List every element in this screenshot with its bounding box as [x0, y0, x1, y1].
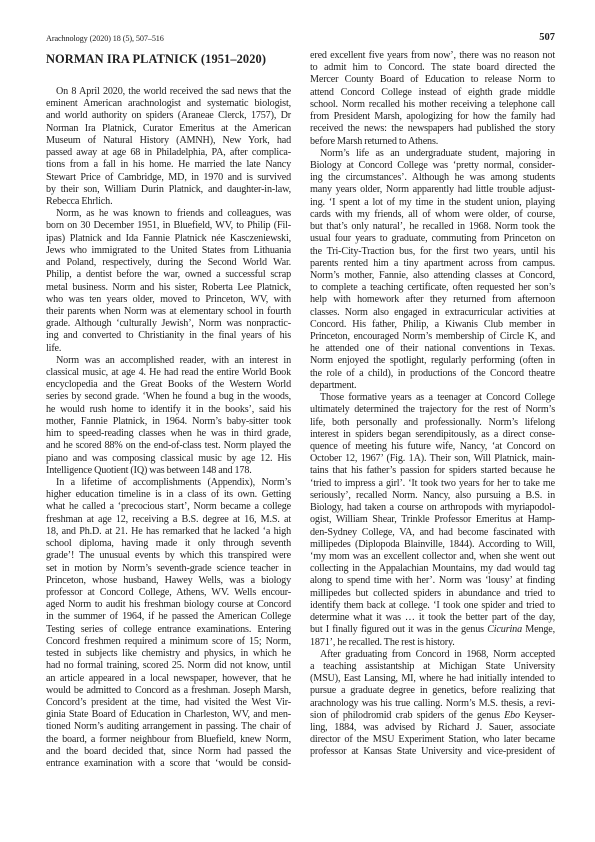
body-text-line: before Marsh returned to Athens. [310, 136, 555, 148]
body-text-line: On 8 April 2020, the world received the … [46, 86, 291, 98]
body-text-line: Mercer County Board of Education to rele… [310, 74, 555, 86]
body-text-line: usual four years to graduate, commuting … [310, 233, 555, 245]
body-text-line: classical music, at age 4. He had read t… [46, 367, 291, 379]
body-text-line: tioned Norm’s auditing arrangement in pa… [46, 721, 291, 733]
body-text-line: arachnology was his true calling. Norm’s… [310, 698, 555, 710]
body-text-line: parents rented him a tiny apartment acro… [310, 258, 555, 270]
body-text-line: Concord’s president at the time, had vis… [46, 697, 291, 709]
body-text-line: Those formative years as a teenager at C… [310, 392, 555, 404]
body-text-line: Norm, as he was known to friends and col… [46, 208, 291, 220]
body-text-line: and Poland, respectively, during the Sec… [46, 257, 291, 269]
body-text-line: millipedes (Diplopoda Blainville, 1844).… [310, 539, 555, 551]
body-text-line: ipas) Platnick and Ida Fannie Platnick n… [46, 233, 291, 245]
italic-genus-name: Ebo [504, 710, 520, 721]
body-text-line: identify them back at college. ‘I took o… [310, 600, 555, 612]
page-number: 507 [539, 32, 555, 43]
body-text-line: sion of philodromid crab spiders of the … [310, 710, 555, 722]
body-text-line: aged Norm to audit his freshman biology … [46, 599, 291, 611]
body-text-line: Biology at Concord College was ‘pretty n… [310, 160, 555, 172]
body-text-line: would be admitted to Concord as a freshm… [46, 685, 291, 697]
body-text-line: ‘tried to impress a girl’. ‘It took two … [310, 478, 555, 490]
body-text-line: collecting in the Appalachian Mountains,… [310, 563, 555, 575]
body-text-line: Rebecca Ehrlich. [46, 196, 291, 208]
body-text-line: he attended one of their national conven… [310, 343, 555, 355]
body-text-line: Concord. His father, Philip, a Kiwanis C… [310, 319, 555, 331]
body-text-line: Museum of Natural History (AMNH), New Yo… [46, 135, 291, 147]
body-text-line: quence of meeting his future wife, Nancy… [310, 441, 555, 453]
body-text-line: den-Sydney College, VA, and had become f… [310, 527, 555, 539]
body-text-line: freshman at age 12, receiving a B.S. deg… [46, 514, 291, 526]
body-text-line: received the news: the newspapers had pu… [310, 123, 555, 135]
body-text-line: their parents when Norm was at elementar… [46, 306, 291, 318]
body-text-line: the board, a former neighbour from Bluef… [46, 734, 291, 746]
body-text-line: classes. Norm also engaged in extracurri… [310, 307, 555, 319]
body-text-line: ginia State Board of Education in Charle… [46, 709, 291, 721]
body-text-line: but I finally figured out it was in the … [310, 624, 555, 636]
body-text-line: the Tri-City-Traction bus, for the first… [310, 246, 555, 258]
body-text-line: After graduating from Concord in 1968, N… [310, 649, 555, 661]
body-text-line: ling, 1884, was advised by Richard J. Sa… [310, 722, 555, 734]
body-text-line: seriously’, recalled Norm. Nancy, also p… [310, 490, 555, 502]
body-text-line: in the summer of 1964, if he passed the … [46, 611, 291, 623]
body-text-line: many years older, Norm apparently had li… [310, 184, 555, 196]
body-text-line: attend Concord College instead of eighth… [310, 87, 555, 99]
body-text-line: higher education timeline is in a class … [46, 489, 291, 501]
body-text-line: had no formal training, scored 25. Norm … [46, 660, 291, 672]
body-text-line: ing. ‘I spent a lot of my time in the st… [310, 197, 555, 209]
body-text-line: (MSU), East Lansing, MI, where he had in… [310, 673, 555, 685]
body-text-line: eminent American arachnologist and syste… [46, 98, 291, 110]
body-text-line: Norm’s mother, Fannie, also attending cl… [310, 270, 555, 282]
body-text-line: and world authority on spiders (Araneae … [46, 110, 291, 122]
body-text-line: department. [310, 380, 555, 392]
right-column: ered excellent five years from now’, the… [310, 50, 555, 759]
body-text-line: grade’! The unusual events by which this… [46, 550, 291, 562]
article-title: NORMAN IRA PLATNICK (1951–2020) [46, 52, 266, 67]
body-text-line: but that’s only natural’, he recalled in… [310, 221, 555, 233]
body-text-line: ered excellent five years from now’, the… [310, 50, 555, 62]
body-text-line: ultimately determined the trajectory for… [310, 404, 555, 416]
body-text-line: Princeton, whose husband, Hawey Wells, w… [46, 575, 291, 587]
body-text-line: to complete a teaching certificate, ofte… [310, 282, 555, 294]
body-text-line: tains that his father’s passion for spid… [310, 465, 555, 477]
body-text-line: Princeton, encouraged Norm’s membership … [310, 331, 555, 343]
body-text-line: Philip, a dentist before the war, owned … [46, 269, 291, 281]
body-text-line: and he scored 88% on the end-of-class te… [46, 440, 291, 452]
body-text-line: entrance examination with a score that ‘… [46, 758, 291, 770]
body-text-line: ‘my mom was an excellent collector and, … [310, 551, 555, 563]
body-text-line: born on 30 December 1951, in Bluefield, … [46, 220, 291, 232]
body-text-line: passed away at age 68 in Philadelphia, P… [46, 147, 291, 159]
body-text-line: life. [46, 343, 291, 355]
body-text-line: and the board decided that, since Norm h… [46, 746, 291, 758]
body-text-line: school. Norm recalled his mother receivi… [310, 99, 555, 111]
body-text-line: Stewart Price of Cambridge, MD, in 1970 … [46, 172, 291, 184]
running-head: Arachnology (2020) 18 (5), 507–516 [46, 34, 164, 43]
body-text-line: determine what it was … it took the bett… [310, 612, 555, 624]
body-text-line: ing and converted to Christianity in the… [46, 330, 291, 342]
body-text-line: ogist, William Shear, Trinkle Professor … [310, 514, 555, 526]
body-text-line: Biology, had taken a course on arthropod… [310, 502, 555, 514]
body-text-line: grade. Although ‘culturally Jewish’, Nor… [46, 318, 291, 330]
body-text-line: director of the MSU Experiment Station, … [310, 734, 555, 746]
body-text-line: to admit him to Concord. The state board… [310, 62, 555, 74]
body-text-line: Intelligence Quotient (IQ) was between 1… [46, 465, 291, 477]
body-text-line: from President Marsh, apologizing for ho… [310, 111, 555, 123]
body-text-line: Concord freshmen required a minimum scor… [46, 636, 291, 648]
body-text-line: series by second grade. ‘When he found a… [46, 391, 291, 403]
body-text-line: tions from a fall in his home. He marrie… [46, 159, 291, 171]
body-text-line: interest in spiders began serendipitousl… [310, 429, 555, 441]
body-text-line: the role of a child), in productions of … [310, 368, 555, 380]
body-text-line: by their son, William Durin Platnick, an… [46, 184, 291, 196]
italic-genus-name: Cicurina [487, 624, 522, 635]
body-text-line: piano and was composing classical music … [46, 453, 291, 465]
body-text-line: Norm’s life as an undergraduate student,… [310, 148, 555, 160]
body-text-line: who was ten years older, moved to Prince… [46, 294, 291, 306]
body-text-line: ing the circumstances’. Although he was … [310, 172, 555, 184]
body-text-line: metal business. Norm and his sister, Rob… [46, 282, 291, 294]
body-text-line: Norman Ira Platnick, Curator Emeritus at… [46, 123, 291, 135]
body-text-line: Testing series of college entrance exami… [46, 624, 291, 636]
body-text-line: an article appeared in a local newspaper… [46, 673, 291, 685]
left-column: On 8 April 2020, the world received the … [46, 86, 291, 770]
body-text-line: professor at Kansas State University and… [310, 746, 555, 758]
body-text-line: he would rush home to identify it in the… [46, 404, 291, 416]
body-text-line: October 12, 1967’ (Fig. 1A). Their son, … [310, 453, 555, 465]
body-text-line: Jews who immigrated to the United States… [46, 245, 291, 257]
body-text-line: encyclopedia and the Great Books of the … [46, 379, 291, 391]
body-text-line: 1871’, he recalled. The rest is history. [310, 637, 555, 649]
body-text-line: help with homework after they returned f… [310, 294, 555, 306]
body-text-line: professor at Concord College, Athens, WV… [46, 587, 291, 599]
body-text-line: Norm was an accomplished reader, with an… [46, 355, 291, 367]
body-text-line: life, both personally and professionally… [310, 417, 555, 429]
body-text-line: 18, and Ph.D. at 21. He has remarked tha… [46, 526, 291, 538]
body-text-line: Norm enjoyed the spotlight, regularly pe… [310, 355, 555, 367]
body-text-line: millipedes but collected spiders in abun… [310, 588, 555, 600]
body-text-line: school diploma, having made it only thro… [46, 538, 291, 550]
body-text-line: along to spend time with her’. Norm was … [310, 575, 555, 587]
body-text-line: pursue a graduate degree in genetics, be… [310, 685, 555, 697]
body-text-line: cards with my friends, all of whom were … [310, 209, 555, 221]
body-text-line: tested in subjects like chemistry and ph… [46, 648, 291, 660]
body-text-line: what he called a ‘precocious start’, Nor… [46, 501, 291, 513]
body-text-line: him to speed-reading classes when he was… [46, 428, 291, 440]
body-text-line: set in motion by Norm’s seventh-grade sc… [46, 563, 291, 575]
body-text-line: In a lifetime of accomplishments (Append… [46, 477, 291, 489]
body-text-line: a teaching assistantship at Michigan Sta… [310, 661, 555, 673]
body-text-line: mother, Fannie Platnick, in 1964. Norm’s… [46, 416, 291, 428]
